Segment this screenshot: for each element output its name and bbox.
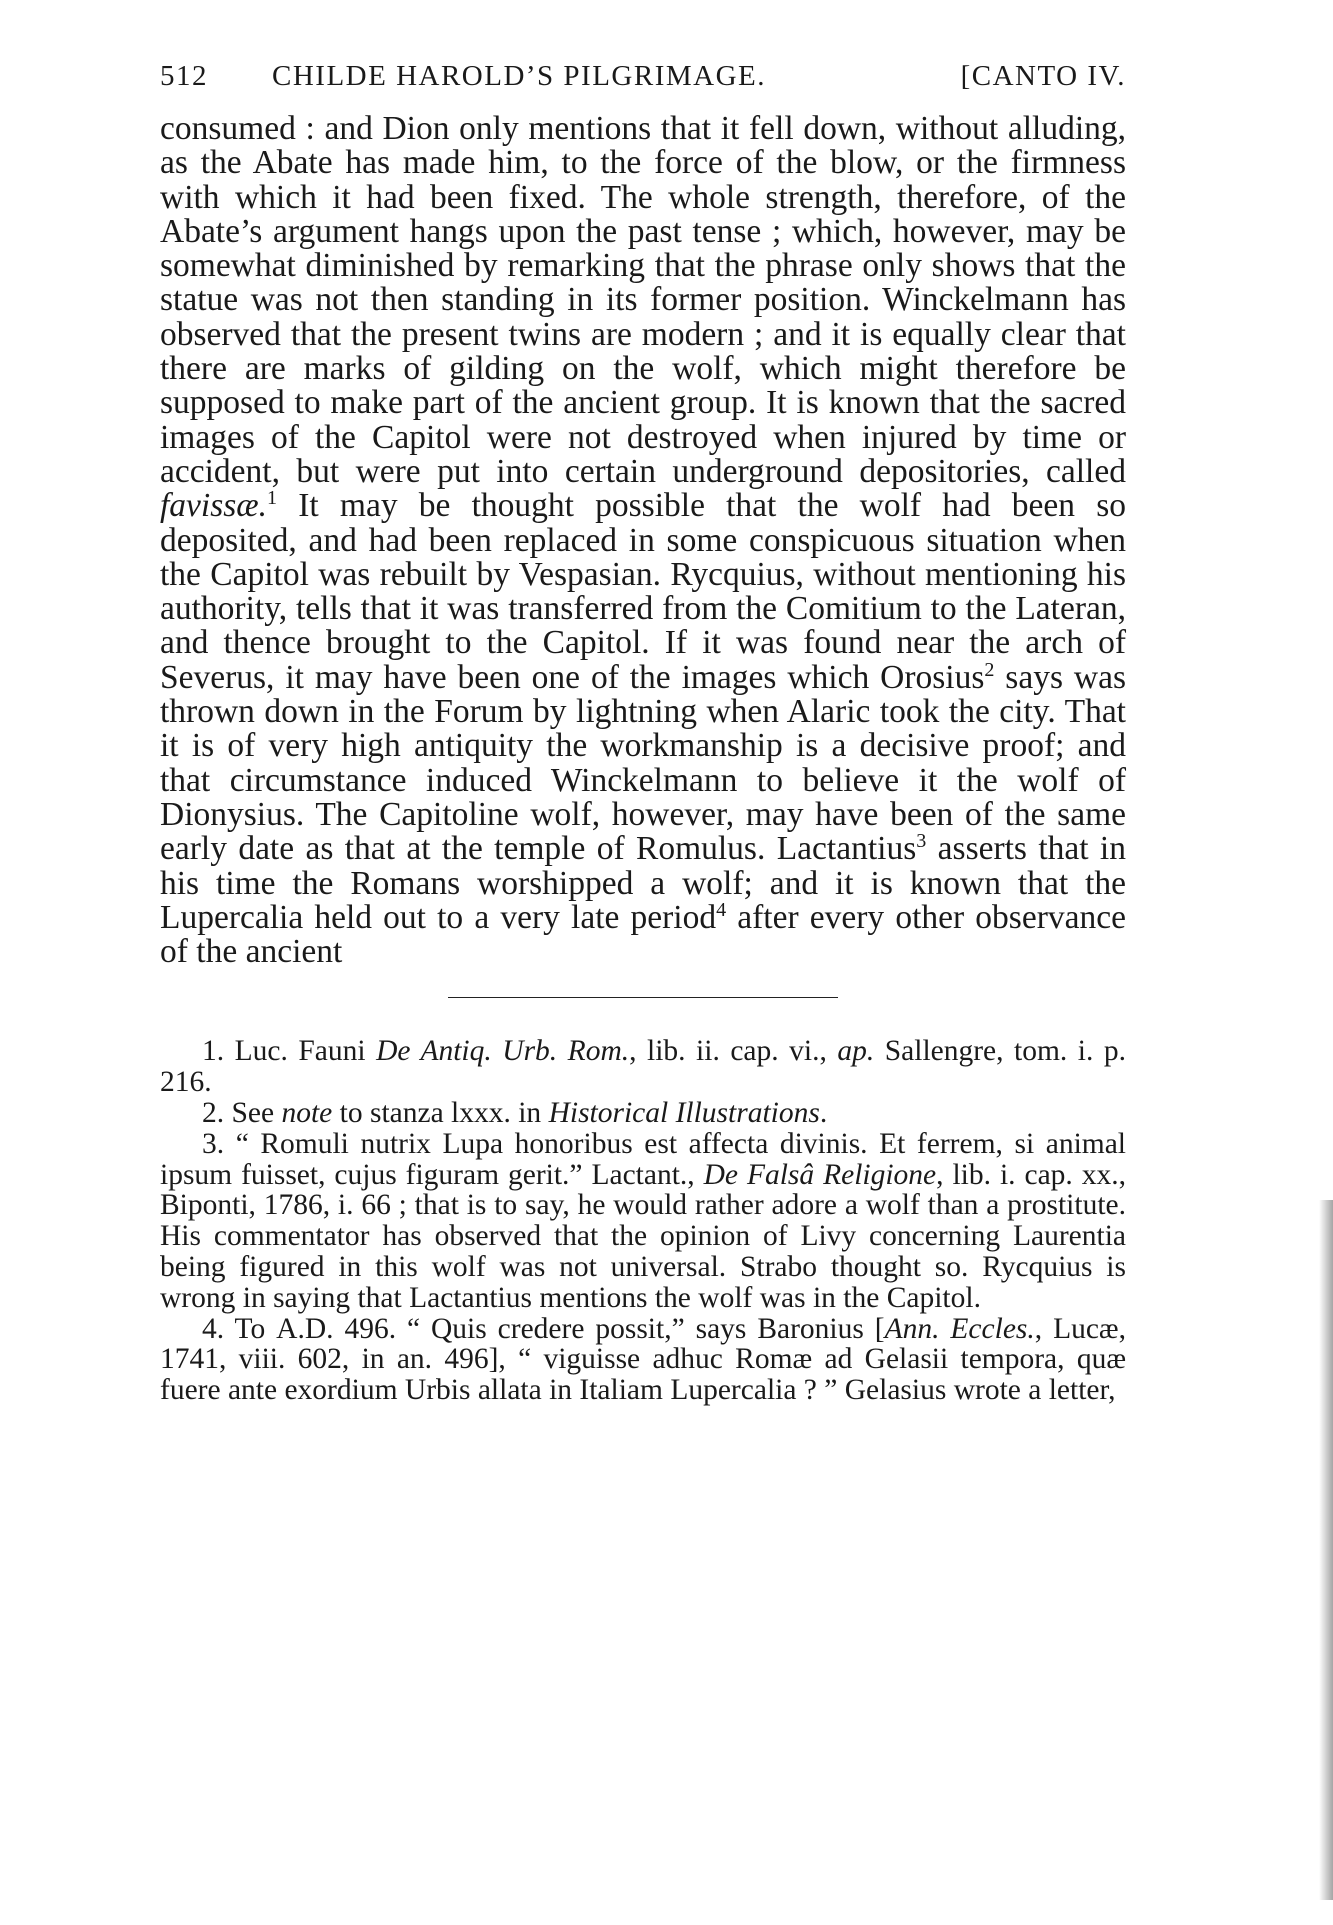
page-edge-shadow: [1319, 1200, 1333, 1900]
footnote-ref-1[interactable]: 1: [267, 487, 277, 509]
book-title: CHILDE HAROLD’S PILGRIMAGE.: [272, 60, 766, 93]
footnote-2: 2. See note to stanza lxxx. in Historica…: [160, 1098, 1126, 1129]
footnote-4: 4. To A.D. 496. “ Quis credere possit,” …: [160, 1314, 1126, 1406]
footnote-ref-3[interactable]: 3: [916, 830, 926, 852]
footnote-divider: [448, 997, 838, 998]
footnote-1: 1. Luc. Fauni De Antiq. Urb. Rom., lib. …: [160, 1036, 1126, 1098]
page-number: 512: [160, 60, 208, 93]
book-page: 512 CHILDE HAROLD’S PILGRIMAGE. [CANTO I…: [160, 60, 1126, 1406]
main-text: consumed : and Dion only mentions that i…: [160, 112, 1126, 969]
footnote-ref-2[interactable]: 2: [984, 659, 994, 681]
footnote-3: 3. “ Romuli nutrix Lupa honoribus est af…: [160, 1129, 1126, 1314]
canto-label: [CANTO IV.: [961, 60, 1126, 93]
italic-term: favissæ.: [160, 487, 267, 524]
footnote-ref-4[interactable]: 4: [716, 899, 726, 921]
footnotes: 1. Luc. Fauni De Antiq. Urb. Rom., lib. …: [160, 1036, 1126, 1406]
body-paragraph: consumed : and Dion only mentions that i…: [160, 112, 1126, 969]
running-head: 512 CHILDE HAROLD’S PILGRIMAGE. [CANTO I…: [160, 60, 1126, 112]
